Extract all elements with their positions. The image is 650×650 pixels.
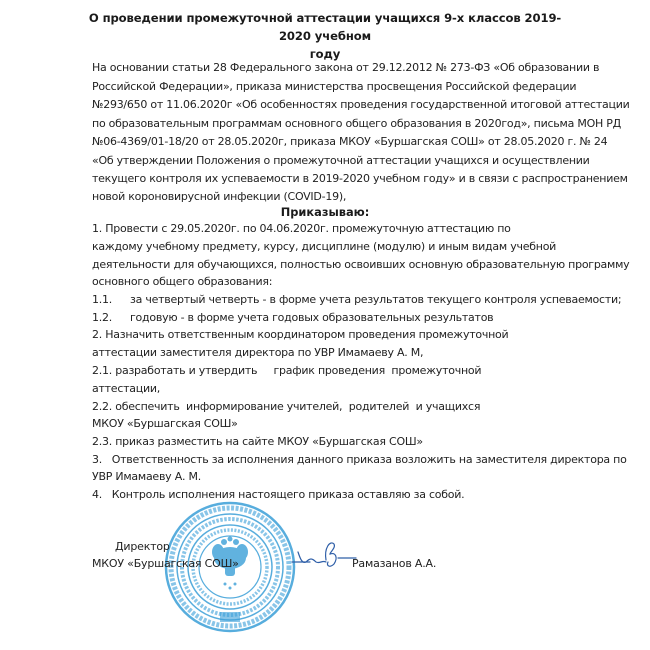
preamble-line: новой короновирусной инфекции (COVID-19)… [92,190,346,204]
preamble-line: по образовательным программам основного … [92,117,621,131]
order-heading: Приказываю: [0,205,650,219]
preamble-line: На основании статьи 28 Федерального зако… [92,61,599,75]
signatory-name: Рамазанов А.А. [352,557,436,571]
preamble-line: №293/650 от 11.06.2020г «Об особенностях… [92,98,630,112]
signatory-position: Директор [115,540,170,554]
preamble-line: текущего контроля их успеваемости в 2019… [92,172,628,186]
order-item-line: УВР Имамаеву А. М. [92,470,201,484]
order-item-line: 2.2. обеспечить информирование учителей,… [92,400,480,414]
order-item-line: 2.3. приказ разместить на сайте МКОУ «Бу… [92,435,423,449]
order-item-line: аттестации, [92,382,160,396]
order-item-line: 2.1. разработать и утвердить график пров… [92,364,481,378]
order-item-line: каждому учебному предмету, курсу, дисцип… [92,240,556,254]
order-item-line: 1. Провести с 29.05.2020г. по 04.06.2020… [92,222,511,236]
order-item-line: основного общего образования: [92,275,272,289]
title-line-1: О проведении промежуточной аттестации уч… [80,9,570,45]
sub-item-1-1: 1.1.за четвертый четверть - в форме учет… [92,293,621,307]
sub-item-text: за четвертый четверть - в форме учета ре… [130,293,621,306]
order-item-line: деятельности для обучающихся, полностью … [92,258,629,272]
order-item-line: 2. Назначить ответственным координатором… [92,328,508,342]
sub-item-1-2: 1.2.годовую - в форме учета годовых обра… [92,311,493,325]
document-page: О проведении промежуточной аттестации уч… [0,0,650,650]
sub-item-number: 1.1. [92,293,130,307]
document-title: О проведении промежуточной аттестации уч… [80,9,570,63]
sub-item-text: годовую - в форме учета годовых образова… [130,311,493,324]
order-item-line: МКОУ «Буршагская СОШ» [92,417,238,431]
handwritten-signature-icon [290,528,360,568]
preamble-line: №06-4369/01-18/20 от 28.05.2020г, приказ… [92,135,607,149]
sub-item-number: 1.2. [92,311,130,325]
order-item-line: 3. Ответственность за исполнения данного… [92,453,627,467]
order-item-line: аттестации заместителя директора по УВР … [92,346,423,360]
preamble-line: Российской Федерации», приказа министерс… [92,80,576,94]
preamble-line: «Об утверждении Положения о промежуточно… [92,154,590,168]
signatory-organization: МКОУ «Буршагская СОШ» [92,557,239,571]
